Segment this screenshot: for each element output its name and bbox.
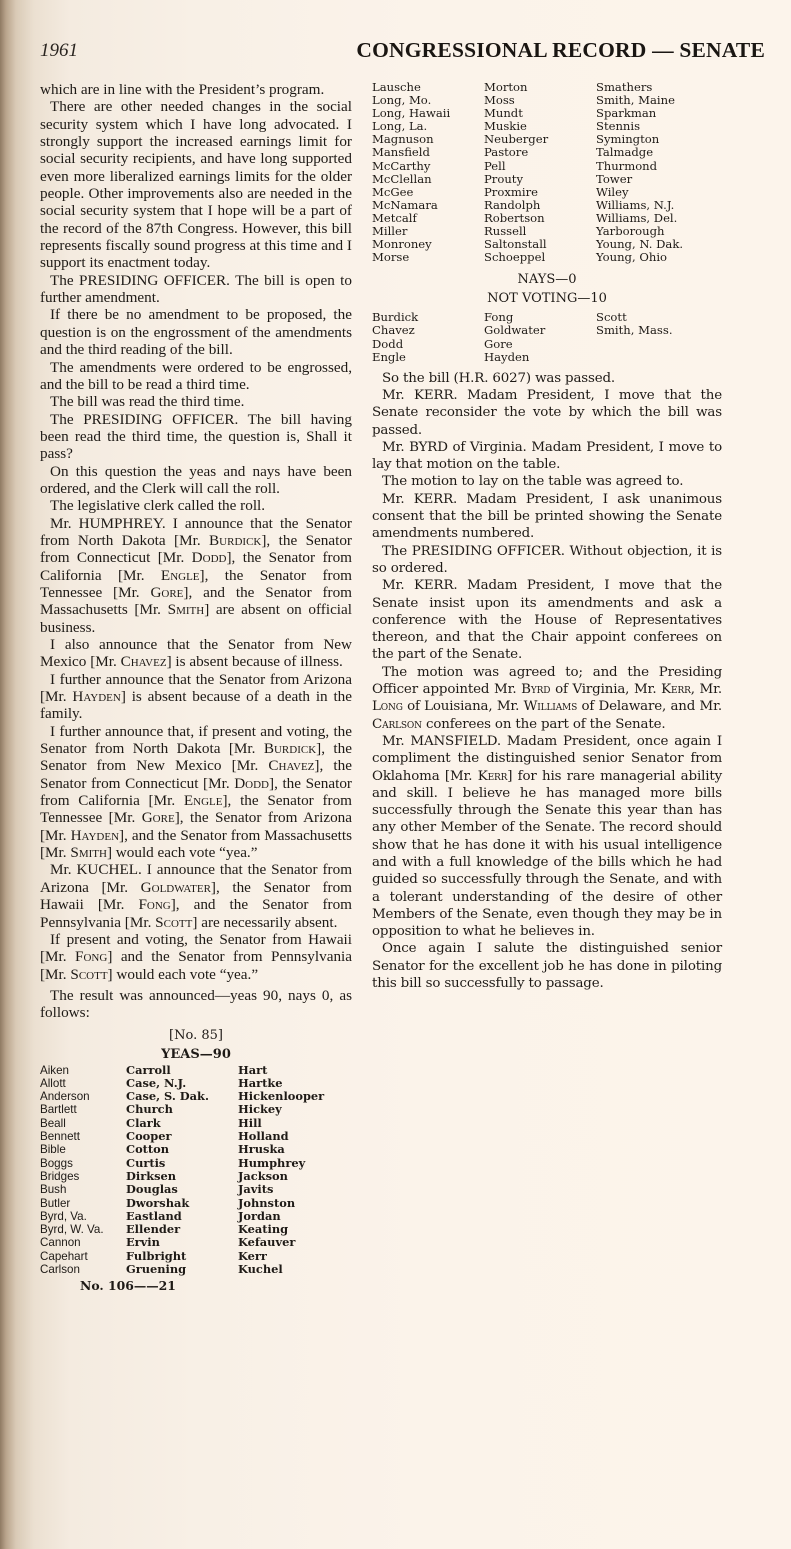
name-column: AikenAllottAndersonBartlettBeallBennettB… — [40, 1064, 126, 1277]
paragraph: Once again I salute the distinguished se… — [372, 940, 722, 992]
roll-call-number: [No. 85] — [40, 1026, 352, 1045]
left-column: which are in line with the President’s p… — [40, 81, 352, 1293]
senator-name: Dodd — [372, 338, 484, 351]
senator-name: Gore — [484, 338, 596, 351]
paragraph: If there be no amendment to be pro­posed… — [40, 306, 352, 358]
paragraph: There are other needed changes in the so… — [40, 98, 352, 271]
senator-name: Tower — [596, 173, 722, 186]
senator-name: Ellender — [126, 1223, 238, 1236]
senator-name: Dworshak — [126, 1197, 238, 1210]
senator-name: McGee — [372, 186, 484, 199]
senator-name: Hickenlooper — [238, 1090, 358, 1103]
senator-name: Thurmond — [596, 160, 722, 173]
senator-name: Boggs — [40, 1157, 126, 1170]
senator-name: Johnston — [238, 1197, 358, 1210]
senator-name: Morse — [372, 251, 484, 264]
paragraph: I further announce that the Senator from… — [40, 671, 352, 723]
senator-name: Jackson — [238, 1170, 358, 1183]
senator-name: Proxmire — [484, 186, 596, 199]
senator-name: Talmadge — [596, 146, 722, 159]
senator-name: Kerr — [478, 769, 508, 784]
humphrey-statement: Mr. HUMPHREY. I announce that the Senato… — [40, 515, 352, 636]
senator-name: Carlson — [40, 1263, 126, 1276]
name-column: ScottSmith, Mass. — [596, 311, 722, 363]
senator-name: Case, N.J. — [126, 1077, 238, 1090]
senator-name: Beall — [40, 1117, 126, 1130]
senator-name: Kefauver — [238, 1236, 358, 1249]
senator-name: Pastore — [484, 146, 596, 159]
senator-name: Church — [126, 1103, 238, 1116]
senator-name: Bartlett — [40, 1103, 126, 1116]
senator-name: Byrd, Va. — [40, 1210, 126, 1223]
senator-name: Jordan — [238, 1210, 358, 1223]
senator-name: Schoeppel — [484, 251, 596, 264]
senator-name: Prouty — [484, 173, 596, 186]
senator-name: Gore — [150, 584, 183, 601]
senator-name: Hill — [238, 1117, 358, 1130]
name-column: HartHartkeHickenlooperHickeyHillHollandH… — [238, 1064, 358, 1277]
senator-name: Fulbright — [126, 1250, 238, 1263]
senator-name: Wiley — [596, 186, 722, 199]
signature-mark: No. 106——21 — [80, 1278, 352, 1293]
senator-name: Goldwater — [141, 879, 211, 896]
senator-name: Anderson — [40, 1090, 126, 1103]
paragraph: If present and voting, the Senator from … — [40, 931, 352, 983]
yeas-heading: YEAS—90 — [40, 1045, 352, 1064]
senator-name: Young, Ohio — [596, 251, 722, 264]
conferees-paragraph: The motion was agreed to; and the Presid… — [372, 664, 722, 733]
paragraph: The legislative clerk called the roll. — [40, 497, 352, 514]
senator-name: Ervin — [126, 1236, 238, 1249]
paragraph: Mr. KERR. Madam President, I move that t… — [372, 577, 722, 663]
senator-name: Hruska — [238, 1143, 358, 1156]
senator-name: Kuchel — [238, 1263, 358, 1276]
paragraph: I also announce that the Senator from Ne… — [40, 636, 352, 671]
senator-name: McCarthy — [372, 160, 484, 173]
senator-name: Gruening — [126, 1263, 238, 1276]
senator-name: Hayden — [72, 688, 120, 705]
paragraph: I further announce that, if present and … — [40, 723, 352, 862]
senator-name: Cooper — [126, 1130, 238, 1143]
senator-name: Humphrey — [238, 1157, 358, 1170]
senator-name: Keating — [238, 1223, 358, 1236]
senator-name: Bridges — [40, 1170, 126, 1183]
senator-name: Engle — [372, 351, 484, 364]
paragraph: The motion to lay on the table was agree… — [372, 473, 722, 490]
senator-name: Williams — [524, 699, 578, 714]
senator-name: Carroll — [126, 1064, 238, 1077]
senator-name: Capehart — [40, 1250, 126, 1263]
senator-name: Butler — [40, 1197, 126, 1210]
senator-name: Hart — [238, 1064, 358, 1077]
paragraph: The amendments were ordered to be engros… — [40, 359, 352, 394]
senator-name: Goldwater — [484, 324, 596, 337]
senator-name: Holland — [238, 1130, 358, 1143]
senator-name: McClellan — [372, 173, 484, 186]
paragraph: The PRESIDING OFFICER. Without objection… — [372, 543, 722, 578]
senator-name: Carlson — [372, 717, 422, 732]
senator-name: Allott — [40, 1077, 126, 1090]
yeas-list-part1: AikenAllottAndersonBartlettBeallBennettB… — [40, 1064, 352, 1277]
name-column: CarrollCase, N.J.Case, S. Dak.ChurchClar… — [126, 1064, 238, 1277]
paragraph: The PRESIDING OFFICER. The bill having b… — [40, 411, 352, 463]
name-column: LauscheLong, Mo.Long, HawaiiLong, La.Mag… — [372, 81, 484, 264]
senator-name: Engle — [161, 567, 200, 584]
yeas-list-part2: LauscheLong, Mo.Long, HawaiiLong, La.Mag… — [372, 81, 722, 264]
senator-name: Kerr — [238, 1250, 358, 1263]
senator-name: Dirksen — [126, 1170, 238, 1183]
senator-name: Hayden — [484, 351, 596, 364]
paragraph: Mr. KERR. Madam President, I move that t… — [372, 387, 722, 439]
mansfield-statement: Mr. MANSFIELD. Madam President, once aga… — [372, 733, 722, 941]
paragraph: So the bill (H.R. 6027) was passed. — [372, 370, 722, 387]
vote-result: The result was announced—yeas 90, nays 0… — [40, 987, 352, 1022]
paragraph: Mr. KERR. Madam President, I ask unanimo… — [372, 491, 722, 543]
senator-name: Hartke — [238, 1077, 358, 1090]
page-year: 1961 — [40, 40, 78, 62]
senator-name: Mansfield — [372, 146, 484, 159]
senator-name: Smith, Mass. — [596, 324, 722, 337]
paragraph: The bill was read the third time. — [40, 393, 352, 410]
senator-name: Kerr — [661, 682, 691, 697]
nays-heading: NAYS—0 — [372, 270, 722, 289]
senator-name: Chavez — [121, 653, 167, 670]
senator-name: McNamara — [372, 199, 484, 212]
name-column: MortonMossMundtMuskieNeubergerPastorePel… — [484, 81, 596, 264]
senator-name: Smith — [168, 601, 205, 618]
senator-name: Curtis — [126, 1157, 238, 1170]
senator-name: Williams, N.J. — [596, 199, 722, 212]
senator-name: Dodd — [192, 549, 227, 566]
senator-name: Eastland — [126, 1210, 238, 1223]
senator-name: Cotton — [126, 1143, 238, 1156]
name-column: BurdickChavezDoddEngle — [372, 311, 484, 363]
senator-name: Burdick — [209, 532, 261, 549]
page-title: CONGRESSIONAL RECORD — SENATE — [356, 38, 765, 63]
proceedings: So the bill (H.R. 6027) was passed. Mr. … — [372, 370, 722, 993]
senator-name: Byrd, W. Va. — [40, 1223, 126, 1236]
senator-name: Scott — [155, 914, 192, 931]
name-column: SmathersSmith, MaineSparkmanStennisSymin… — [596, 81, 722, 264]
senator-name: Cannon — [40, 1236, 126, 1249]
kuchel-statement: Mr. KUCHEL. I announce that the Senator … — [40, 861, 352, 930]
paragraph: On this question the yeas and nays have … — [40, 463, 352, 498]
senator-name: Long — [372, 699, 403, 714]
right-column: LauscheLong, Mo.Long, HawaiiLong, La.Mag… — [372, 81, 722, 992]
senator-name: Byrd — [521, 682, 550, 697]
page-header: 1961 CONGRESSIONAL RECORD — SENATE — [40, 40, 765, 70]
senator-name: Randolph — [484, 199, 596, 212]
senator-name: Clark — [126, 1117, 238, 1130]
paragraph: The PRESIDING OFFICER. The bill is open … — [40, 272, 352, 307]
paragraph: which are in line with the President’s p… — [40, 81, 352, 98]
senator-name: Douglas — [126, 1183, 238, 1196]
senator-name: Bible — [40, 1143, 126, 1156]
senator-name: Bush — [40, 1183, 126, 1196]
name-column: FongGoldwaterGoreHayden — [484, 311, 596, 363]
senator-name: Javits — [238, 1183, 358, 1196]
senator-name: Hickey — [238, 1103, 358, 1116]
senator-name: Aiken — [40, 1064, 126, 1077]
not-voting-heading: NOT VOTING—10 — [372, 289, 722, 308]
senator-name: Case, S. Dak. — [126, 1090, 238, 1103]
paragraph: Mr. BYRD of Virginia. Madam Presi­dent, … — [372, 439, 722, 474]
not-voting-list: BurdickChavezDoddEngle FongGoldwaterGore… — [372, 311, 722, 363]
senator-name: Bennett — [40, 1130, 126, 1143]
senator-name: Chavez — [372, 324, 484, 337]
senator-name: Fong — [138, 896, 170, 913]
senator-name: Pell — [484, 160, 596, 173]
